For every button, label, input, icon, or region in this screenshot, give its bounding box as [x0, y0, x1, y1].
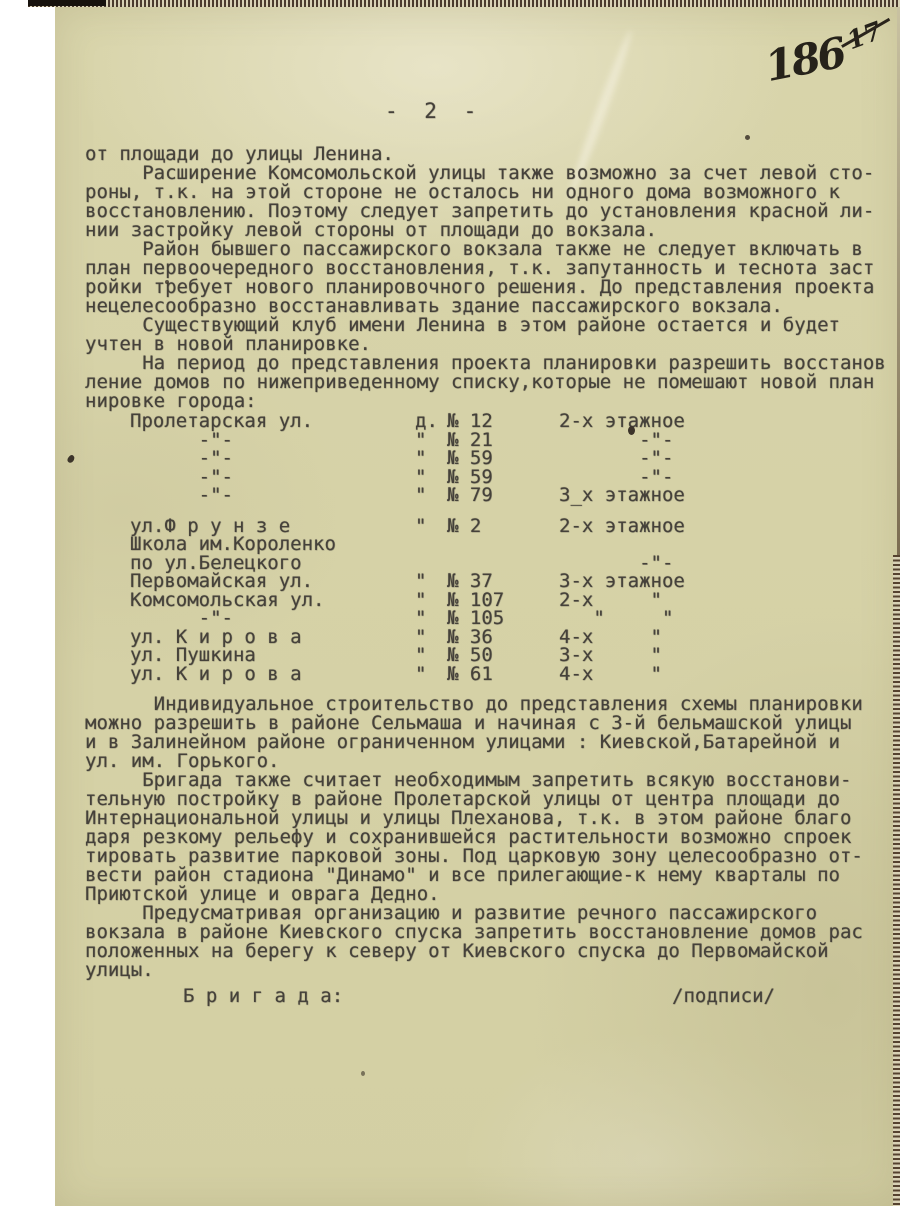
house-mark-cell: " — [415, 517, 447, 536]
table-row: Пролетарская ул. д. № 12 2-х этажное — [130, 412, 685, 431]
house-number-cell: № 12 — [447, 412, 559, 431]
bottom-paragraphs: Индивидуальное строительство до представ… — [85, 695, 863, 980]
street-cell: Школа им.Короленко — [130, 535, 415, 554]
table-row: Школа им.Короленко — [130, 535, 685, 554]
paragraph-line: улицы. — [85, 961, 863, 980]
table-row: -"- " № 105 " " — [130, 609, 685, 628]
floors-cell: -"- — [559, 449, 685, 468]
street-cell: ул. Пушкина — [130, 646, 415, 665]
signature-block: Б р и г а д а: /подписи/ — [55, 985, 900, 1009]
paper-speck — [745, 135, 750, 140]
floors-cell: 2-х этажное — [559, 412, 685, 431]
document-paper: 186 17 - 2 - от площади до улицы Ленина.… — [55, 7, 900, 1206]
crossed-out-number: 17 — [843, 16, 886, 55]
street-cell: ул. К и р о в а — [130, 665, 415, 684]
street-cell: Пролетарская ул. — [130, 412, 415, 431]
floors-cell: 3_х этажное — [559, 486, 685, 505]
house-mark-cell: " — [415, 572, 447, 591]
paragraph-line: положенных на берегу к северу от Киевско… — [85, 942, 863, 961]
street-cell: Первомайская ул. — [130, 572, 415, 591]
house-number-cell: № 105 — [447, 609, 559, 628]
house-mark-cell: " — [415, 665, 447, 684]
table-row: Первомайская ул. " № 37 3-х этажное — [130, 572, 685, 591]
table-row: ул. К и р о в а " № 61 4-х " — [130, 665, 685, 684]
house-mark-cell: " — [415, 646, 447, 665]
paper-speck — [66, 454, 76, 464]
floors-cell — [559, 535, 685, 554]
page-number: - 2 - — [385, 99, 483, 123]
house-mark-cell: д. — [415, 412, 447, 431]
house-mark-cell — [415, 535, 447, 554]
house-number-cell: № 2 — [447, 517, 559, 536]
floors-cell: 4-х " — [559, 665, 685, 684]
paper-speck — [628, 426, 635, 435]
binding-perforation-right — [893, 555, 900, 1206]
binding-dark-mark — [28, 0, 106, 6]
scan-background: { "colors": { "paper": "#d8d4aa", "ink":… — [0, 0, 900, 1206]
house-number-cell: № 37 — [447, 572, 559, 591]
table-row: ул. Пушкина " № 50 3-х " — [130, 646, 685, 665]
building-list-table: Пролетарская ул. д. № 12 2-х этажное -"-… — [130, 412, 685, 683]
signer-label: Б р и г а д а: — [183, 985, 343, 1007]
floors-cell: 2-х этажное — [559, 517, 685, 536]
house-number-cell: № 79 — [447, 486, 559, 505]
house-mark-cell: " — [415, 609, 447, 628]
floors-cell: 3-х " — [559, 646, 685, 665]
table-row: -"- " № 59 -"- — [130, 449, 685, 468]
house-mark-cell: " — [415, 449, 447, 468]
paragraph-line: нировке города: — [85, 392, 886, 411]
paper-speck — [361, 1071, 365, 1076]
floors-cell: " " — [559, 609, 685, 628]
house-number-cell: № 50 — [447, 646, 559, 665]
street-cell: -"- — [130, 609, 415, 628]
house-number-cell: № 61 — [447, 665, 559, 684]
handwritten-page-number: 186 — [761, 28, 848, 91]
floors-cell: 3-х этажное — [559, 572, 685, 591]
street-cell: -"- — [130, 486, 415, 505]
house-number-cell: № 59 — [447, 449, 559, 468]
street-cell: -"- — [130, 449, 415, 468]
house-number-cell — [447, 535, 559, 554]
top-paragraphs: от площади до улицы Ленина. Расширение К… — [85, 145, 886, 411]
paper-speck — [165, 280, 169, 284]
table-row: -"- " № 79 3_х этажное — [130, 486, 685, 505]
signature-note: /подписи/ — [672, 985, 775, 1007]
binding-perforation-top — [28, 0, 900, 7]
house-mark-cell: " — [415, 486, 447, 505]
